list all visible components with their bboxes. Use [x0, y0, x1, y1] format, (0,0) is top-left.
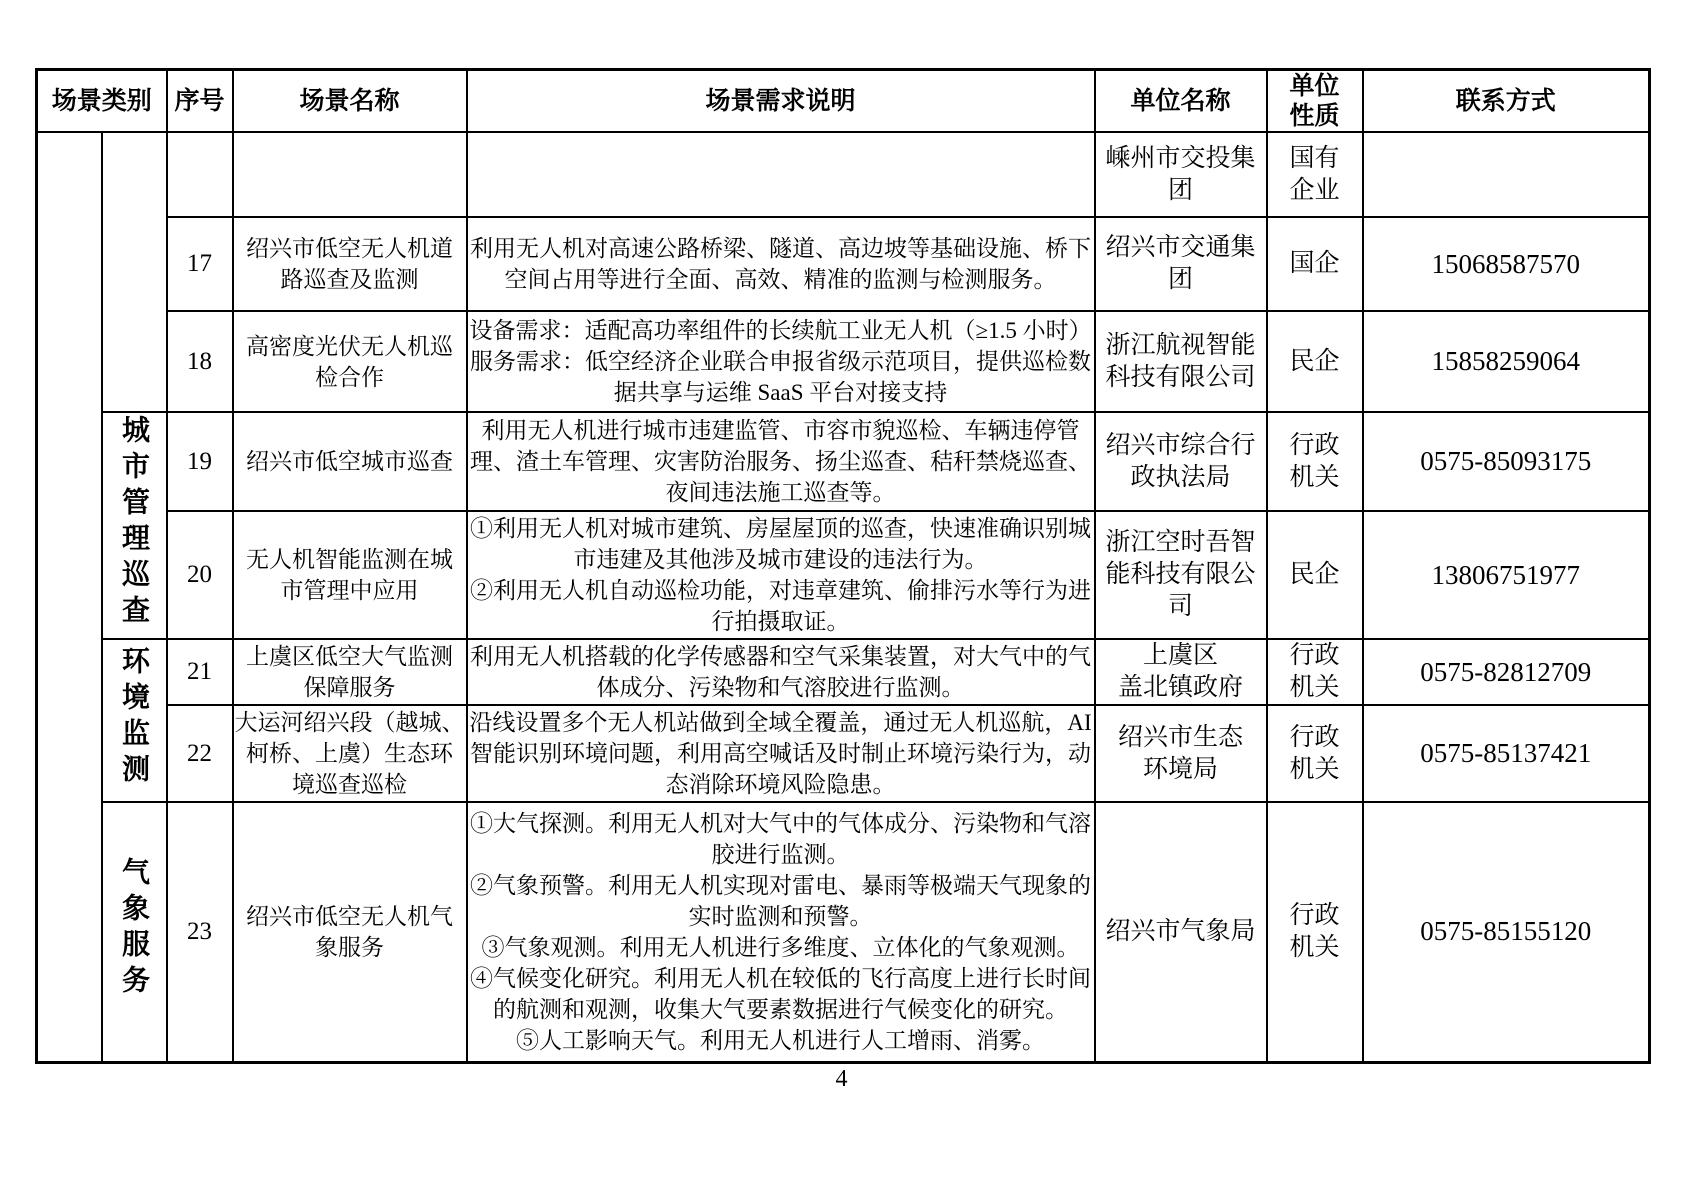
category-group-city-management: 城市管理巡查 — [102, 412, 167, 639]
unit-type-cell: 行政 机关 — [1267, 802, 1363, 1062]
table-row: 20 无人机智能监测在城 市管理中应用 ①利用无人机对城市建筑、房屋屋顶的巡查，… — [37, 511, 1650, 639]
table-row: 17 绍兴市低空无人机道 路巡查及监测 利用无人机对高速公路桥梁、隧道、高边坡等… — [37, 217, 1650, 311]
table-row: 环境监测 21 上虞区低空大气监测 保障服务 利用无人机搭载的化学传感器和空气采… — [37, 639, 1650, 705]
unit-type-cell: 国企 — [1267, 217, 1363, 311]
table-row: 18 高密度光伏无人机巡 检合作 设备需求：适配高功率组件的长续航工业无人机（≥… — [37, 311, 1650, 412]
description-cell: 利用无人机进行城市违建监管、市容市貌巡检、车辆违停管理、渣土车管理、灾害防治服务… — [467, 412, 1095, 511]
category-outer-cell — [37, 132, 102, 1062]
unit-type-cell: 行政 机关 — [1267, 705, 1363, 802]
unit-name-cell: 嵊州市交投集 团 — [1095, 132, 1267, 217]
scenario-name-cell: 大运河绍兴段（越城、 柯桥、上虞）生态环 境巡查巡检 — [233, 705, 467, 802]
scenario-name-cell — [233, 132, 467, 217]
description-cell: 设备需求：适配高功率组件的长续航工业无人机（≥1.5 小时） 服务需求：低空经济… — [467, 311, 1095, 412]
unit-type-cell: 民企 — [1267, 511, 1363, 639]
category-group-weather-service: 气象服务 — [102, 802, 167, 1062]
unit-name-cell: 浙江空时吾智 能科技有限公 司 — [1095, 511, 1267, 639]
index-cell: 19 — [167, 412, 233, 511]
unit-type-cell: 国有 企业 — [1267, 132, 1363, 217]
table-row: 气象服务 23 绍兴市低空无人机气 象服务 ①大气探测。利用无人机对大气中的气体… — [37, 802, 1650, 1062]
header-description: 场景需求说明 — [467, 70, 1095, 133]
unit-name-cell: 绍兴市生态 环境局 — [1095, 705, 1267, 802]
category-group-environment-monitoring: 环境监测 — [102, 639, 167, 802]
description-cell: ①大气探测。利用无人机对大气中的气体成分、污染物和气溶胶进行监测。 ②气象预警。… — [467, 802, 1095, 1062]
header-unit-type: 单位 性质 — [1267, 70, 1363, 133]
table-row: 嵊州市交投集 团 国有 企业 — [37, 132, 1650, 217]
scenario-name-cell: 无人机智能监测在城 市管理中应用 — [233, 511, 467, 639]
scenario-name-cell: 高密度光伏无人机巡 检合作 — [233, 311, 467, 412]
unit-name-cell: 绍兴市综合行 政执法局 — [1095, 412, 1267, 511]
category-label: 环境监测 — [120, 646, 148, 790]
category-label: 气象服务 — [120, 857, 148, 1001]
contact-cell — [1363, 132, 1650, 217]
table-row: 城市管理巡查 19 绍兴市低空城市巡查 利用无人机进行城市违建监管、市容市貌巡检… — [37, 412, 1650, 511]
contact-cell: 15858259064 — [1363, 311, 1650, 412]
unit-type-cell: 民企 — [1267, 311, 1363, 412]
index-cell: 20 — [167, 511, 233, 639]
unit-name-cell: 浙江航视智能 科技有限公司 — [1095, 311, 1267, 412]
contact-cell: 0575-85093175 — [1363, 412, 1650, 511]
table-header-row: 场景类别 序号 场景名称 场景需求说明 单位名称 单位 性质 联系方式 — [37, 70, 1650, 133]
description-cell: 利用无人机搭载的化学传感器和空气采集装置，对大气中的气体成分、污染物和气溶胶进行… — [467, 639, 1095, 705]
description-cell: 利用无人机对高速公路桥梁、隧道、高边坡等基础设施、桥下空间占用等进行全面、高效、… — [467, 217, 1095, 311]
contact-cell: 13806751977 — [1363, 511, 1650, 639]
contact-cell: 0575-82812709 — [1363, 639, 1650, 705]
unit-type-cell: 行政 机关 — [1267, 412, 1363, 511]
page-number: 4 — [35, 1066, 1648, 1093]
index-cell — [167, 132, 233, 217]
scenario-table: 场景类别 序号 场景名称 场景需求说明 单位名称 单位 性质 联系方式 嵊州市交… — [35, 68, 1651, 1064]
header-unit-name: 单位名称 — [1095, 70, 1267, 133]
description-cell — [467, 132, 1095, 217]
index-cell: 17 — [167, 217, 233, 311]
contact-cell: 0575-85137421 — [1363, 705, 1650, 802]
description-cell: ①利用无人机对城市建筑、房屋屋顶的巡查，快速准确识别城市违建及其他涉及城市建设的… — [467, 511, 1095, 639]
index-cell: 18 — [167, 311, 233, 412]
header-contact: 联系方式 — [1363, 70, 1650, 133]
table-row: 22 大运河绍兴段（越城、 柯桥、上虞）生态环 境巡查巡检 沿线设置多个无人机站… — [37, 705, 1650, 802]
description-cell: 沿线设置多个无人机站做到全域全覆盖，通过无人机巡航，AI智能识别环境问题，利用高… — [467, 705, 1095, 802]
index-cell: 23 — [167, 802, 233, 1062]
header-category: 场景类别 — [37, 70, 167, 133]
scenario-name-cell: 绍兴市低空无人机气 象服务 — [233, 802, 467, 1062]
category-group-blank — [102, 132, 167, 412]
index-cell: 21 — [167, 639, 233, 705]
scenario-name-cell: 绍兴市低空城市巡查 — [233, 412, 467, 511]
scenario-name-cell: 上虞区低空大气监测 保障服务 — [233, 639, 467, 705]
unit-type-cell: 行政 机关 — [1267, 639, 1363, 705]
unit-name-cell: 上虞区 盖北镇政府 — [1095, 639, 1267, 705]
index-cell: 22 — [167, 705, 233, 802]
unit-name-cell: 绍兴市气象局 — [1095, 802, 1267, 1062]
contact-cell: 15068587570 — [1363, 217, 1650, 311]
scenario-name-cell: 绍兴市低空无人机道 路巡查及监测 — [233, 217, 467, 311]
header-index: 序号 — [167, 70, 233, 133]
document-page: 场景类别 序号 场景名称 场景需求说明 单位名称 单位 性质 联系方式 嵊州市交… — [0, 0, 1683, 1190]
category-label: 城市管理巡查 — [120, 415, 148, 631]
contact-cell: 0575-85155120 — [1363, 802, 1650, 1062]
unit-name-cell: 绍兴市交通集 团 — [1095, 217, 1267, 311]
header-name: 场景名称 — [233, 70, 467, 133]
